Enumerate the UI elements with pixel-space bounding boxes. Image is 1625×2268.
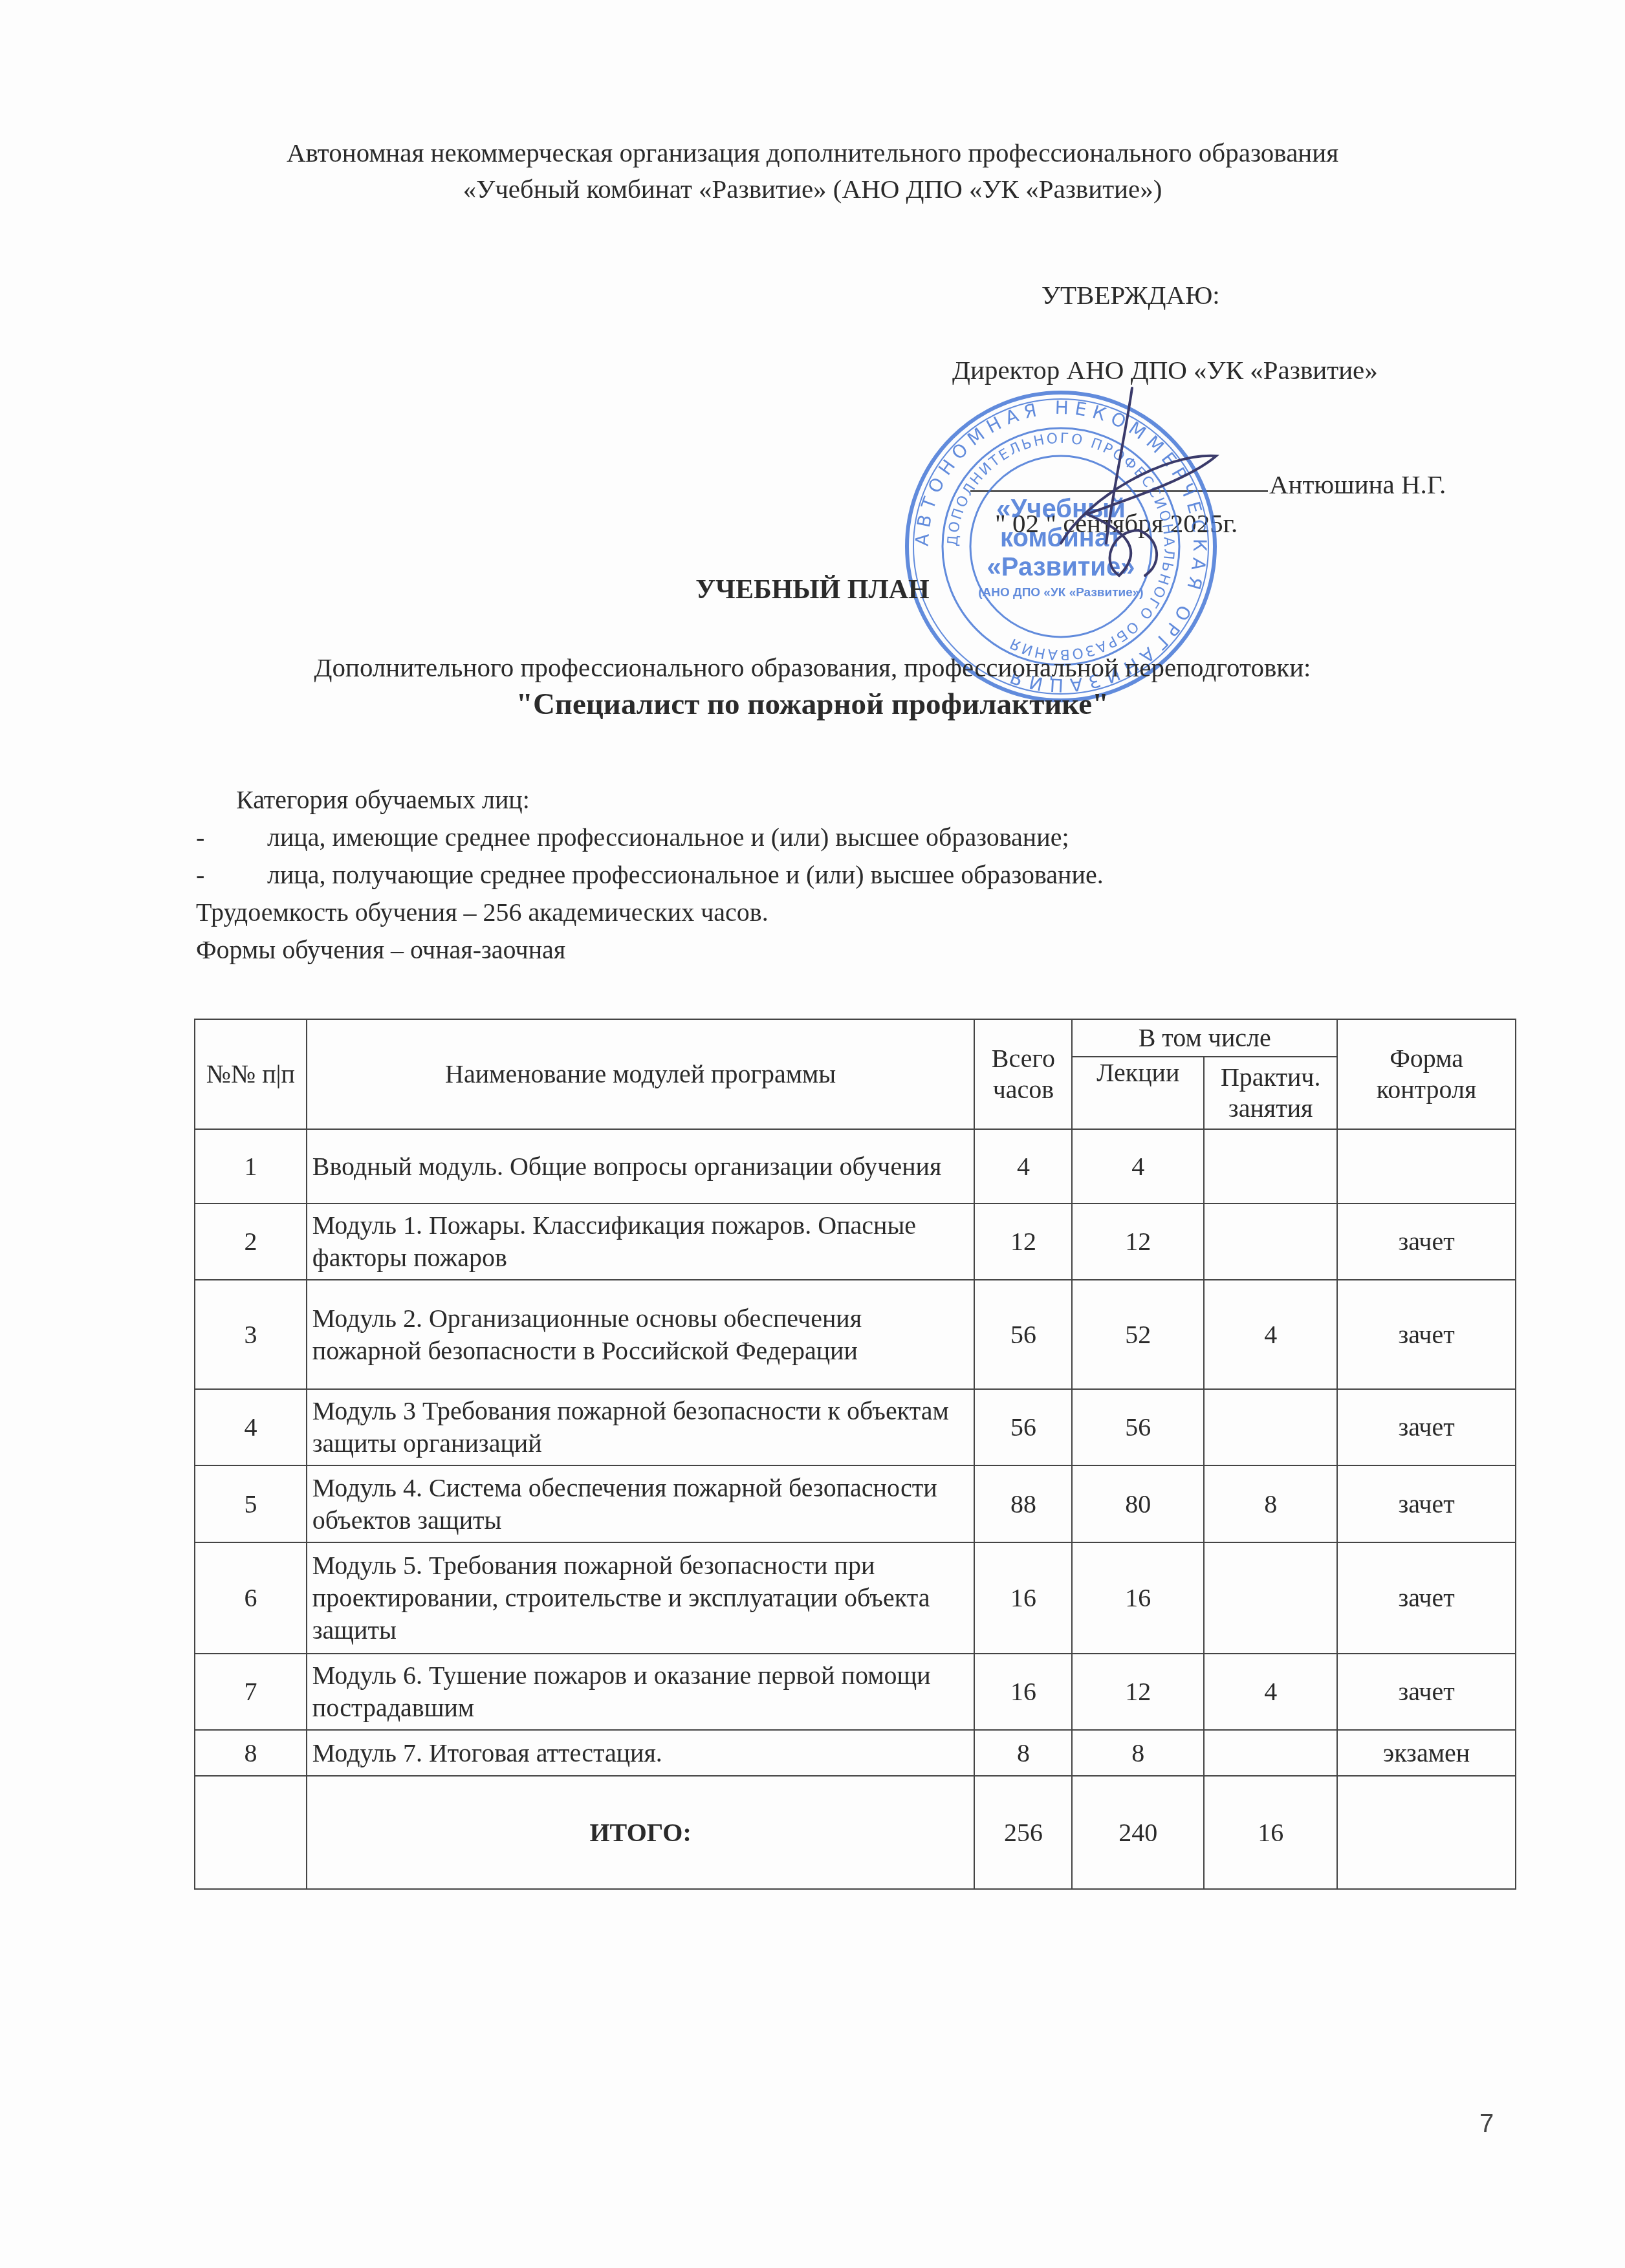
cell-total: 12	[974, 1204, 1072, 1280]
cell-control	[1337, 1129, 1516, 1204]
org-name-line2: «Учебный комбинат «Развитие» (АНО ДПО «У…	[0, 171, 1625, 207]
cell-practice	[1204, 1389, 1337, 1465]
cell-name: Модуль 1. Пожары. Классификация пожаров.…	[307, 1204, 975, 1280]
director-title: Директор АНО ДПО «УК «Развитие»	[952, 354, 1378, 385]
header-including: В том числе	[1072, 1019, 1337, 1057]
cell-total: 16	[974, 1654, 1072, 1730]
cell-control: зачет	[1337, 1542, 1516, 1654]
cell-control: зачет	[1337, 1280, 1516, 1389]
total-practice: 16	[1204, 1776, 1337, 1889]
category-item: -лица, имеющие среднее профессиональное …	[196, 819, 1104, 856]
table-row: 2Модуль 1. Пожары. Классификация пожаров…	[195, 1204, 1516, 1280]
cell-lectures: 12	[1072, 1204, 1204, 1280]
table-row: 6Модуль 5. Требования пожарной безопасно…	[195, 1542, 1516, 1654]
cell-num: 5	[195, 1465, 307, 1542]
organization-header: Автономная некоммерческая организация до…	[0, 135, 1625, 207]
cell-control: зачет	[1337, 1389, 1516, 1465]
signer-name: Антюшина Н.Г.	[1269, 469, 1446, 500]
cell-total: 56	[974, 1389, 1072, 1465]
cell-control: экзамен	[1337, 1730, 1516, 1776]
cell-num: 1	[195, 1129, 307, 1204]
cell-total: 88	[974, 1465, 1072, 1542]
program-name: "Специалист по пожарной профилактике"	[0, 687, 1625, 722]
total-total: 256	[974, 1776, 1072, 1889]
cell-name: Модуль 7. Итоговая аттестация.	[307, 1730, 975, 1776]
header-control: Форма контроля	[1337, 1019, 1516, 1129]
total-control	[1337, 1776, 1516, 1889]
table-row: 7Модуль 6. Тушение пожаров и оказание пе…	[195, 1654, 1516, 1730]
header-total: Всего часов	[974, 1019, 1072, 1129]
cell-name: Модуль 6. Тушение пожаров и оказание пер…	[307, 1654, 975, 1730]
cell-num: 4	[195, 1389, 307, 1465]
cell-name: Модуль 4. Система обеспечения пожарной б…	[307, 1465, 975, 1542]
table-body: 1Вводный модуль. Общие вопросы организац…	[195, 1129, 1516, 1889]
header-name: Наименование модулей программы	[307, 1019, 975, 1129]
document-subtitle: Дополнительного профессионального образо…	[0, 652, 1625, 683]
cell-lectures: 16	[1072, 1542, 1204, 1654]
cell-lectures: 8	[1072, 1730, 1204, 1776]
table-row: 8Модуль 7. Итоговая аттестация.88экзамен	[195, 1730, 1516, 1776]
cell-total: 8	[974, 1730, 1072, 1776]
table-row: 3Модуль 2. Организационные основы обеспе…	[195, 1280, 1516, 1389]
table-row: 4Модуль 3 Требования пожарной безопаснос…	[195, 1389, 1516, 1465]
cell-practice: 4	[1204, 1654, 1337, 1730]
table-row: 5Модуль 4. Система обеспечения пожарной …	[195, 1465, 1516, 1542]
program-info: Категория обучаемых лиц: -лица, имеющие …	[196, 781, 1104, 969]
cell-lectures: 12	[1072, 1654, 1204, 1730]
page-number: 7	[1479, 2110, 1494, 2139]
signature-icon	[1035, 382, 1281, 601]
cell-empty	[195, 1776, 307, 1889]
org-name-line1: Автономная некоммерческая организация до…	[0, 135, 1625, 171]
cell-practice	[1204, 1730, 1337, 1776]
cell-lectures: 4	[1072, 1129, 1204, 1204]
cell-control: зачет	[1337, 1654, 1516, 1730]
cell-lectures: 56	[1072, 1389, 1204, 1465]
cell-num: 2	[195, 1204, 307, 1280]
approve-label: УТВЕРЖДАЮ:	[1042, 279, 1220, 310]
cell-total: 16	[974, 1542, 1072, 1654]
cell-practice	[1204, 1129, 1337, 1204]
table-row: 1Вводный модуль. Общие вопросы организац…	[195, 1129, 1516, 1204]
cell-total: 56	[974, 1280, 1072, 1389]
cell-total: 4	[974, 1129, 1072, 1204]
cell-practice	[1204, 1542, 1337, 1654]
curriculum-table: №№ п|п Наименование модулей программы Вс…	[194, 1019, 1516, 1890]
category-label: Категория обучаемых лиц:	[196, 781, 1104, 819]
cell-num: 3	[195, 1280, 307, 1389]
cell-lectures: 80	[1072, 1465, 1204, 1542]
cell-num: 8	[195, 1730, 307, 1776]
study-form-text: Формы обучения – очная-заочная	[196, 931, 1104, 969]
cell-control: зачет	[1337, 1204, 1516, 1280]
cell-name: Модуль 3 Требования пожарной безопасност…	[307, 1389, 975, 1465]
cell-num: 6	[195, 1542, 307, 1654]
cell-practice	[1204, 1204, 1337, 1280]
header-num: №№ п|п	[195, 1019, 307, 1129]
cell-num: 7	[195, 1654, 307, 1730]
total-lectures: 240	[1072, 1776, 1204, 1889]
category-item: -лица, получающие среднее профессиональн…	[196, 856, 1104, 894]
cell-lectures: 52	[1072, 1280, 1204, 1389]
cell-practice: 4	[1204, 1280, 1337, 1389]
workload-text: Трудоемкость обучения – 256 академически…	[196, 894, 1104, 931]
header-lectures: Лекции	[1072, 1057, 1204, 1129]
cell-name: Модуль 2. Организационные основы обеспеч…	[307, 1280, 975, 1389]
total-row: ИТОГО:25624016	[195, 1776, 1516, 1889]
cell-name: Вводный модуль. Общие вопросы организаци…	[307, 1129, 975, 1204]
cell-control: зачет	[1337, 1465, 1516, 1542]
header-practice: Практич. занятия	[1204, 1057, 1337, 1129]
cell-practice: 8	[1204, 1465, 1337, 1542]
cell-name: Модуль 5. Требования пожарной безопаснос…	[307, 1542, 975, 1654]
total-label: ИТОГО:	[307, 1776, 975, 1889]
document-title: УЧЕБНЫЙ ПЛАН	[0, 574, 1625, 605]
